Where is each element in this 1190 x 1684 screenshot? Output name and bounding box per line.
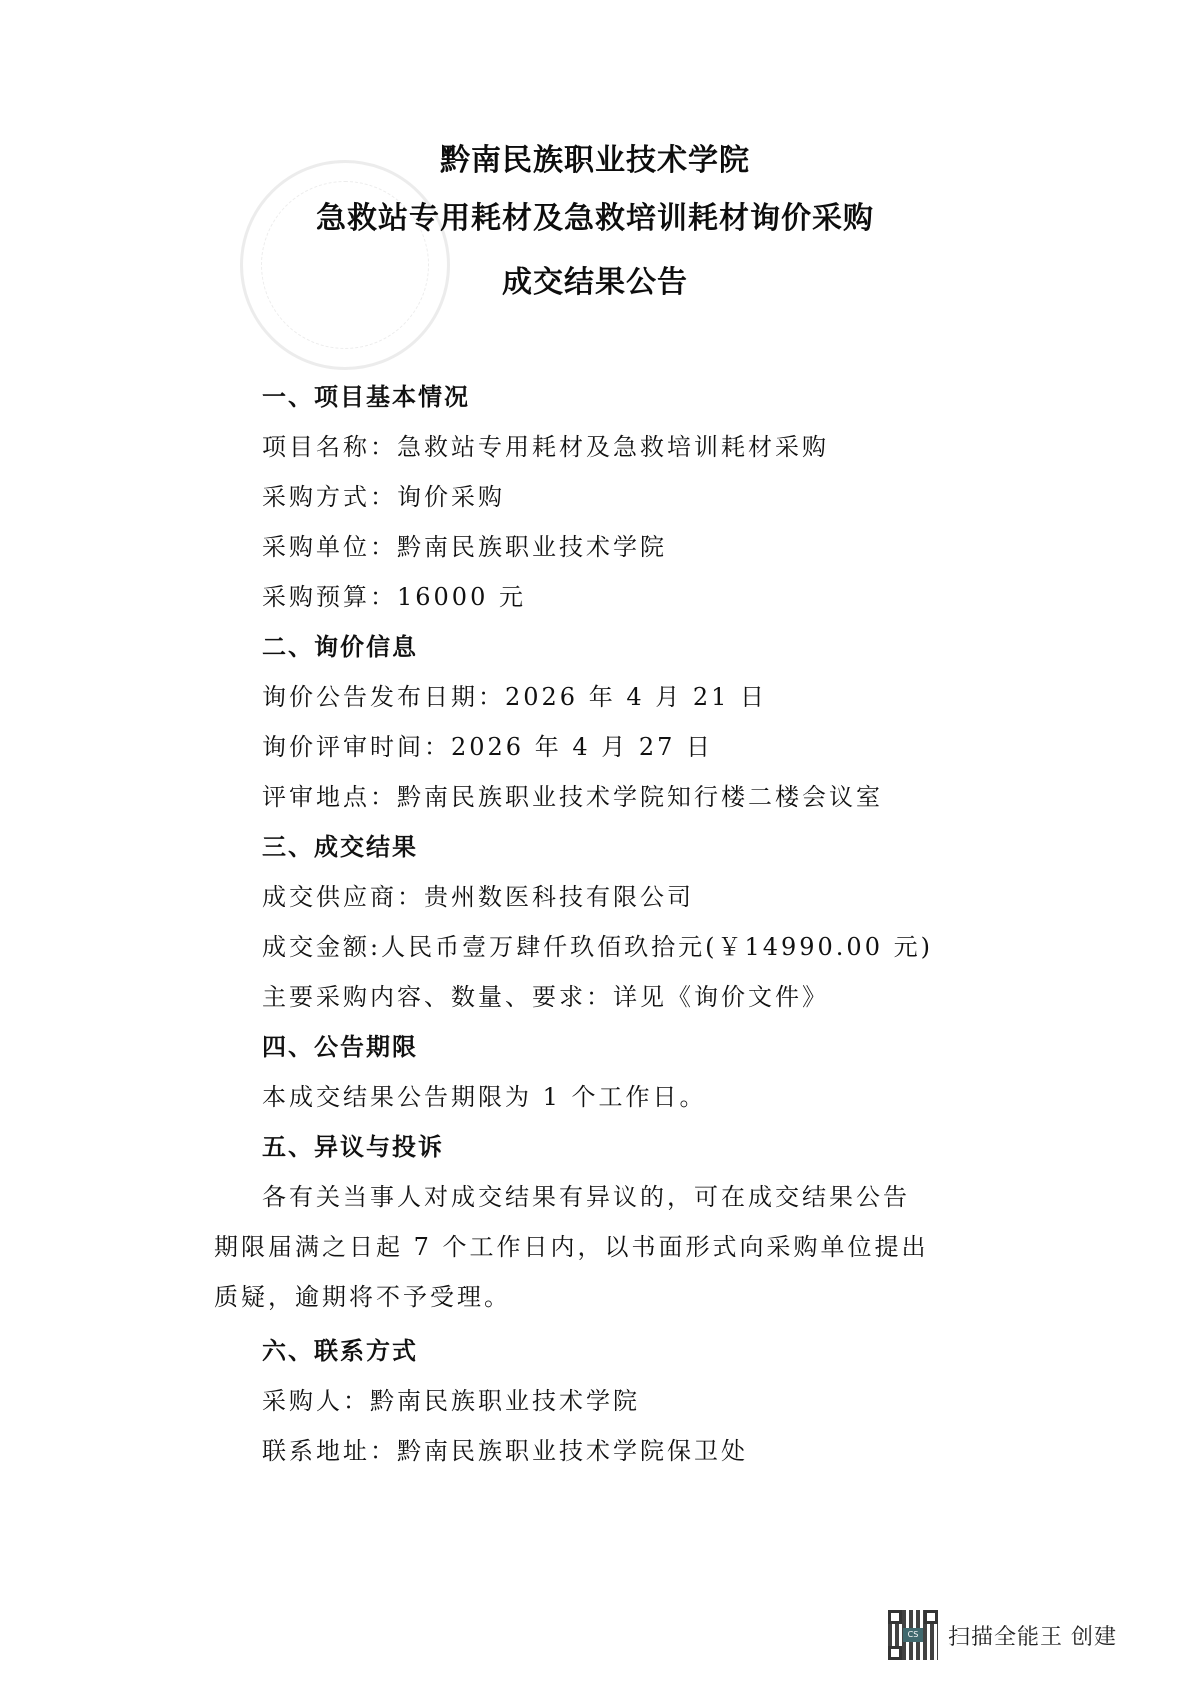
field-amount: 成交金额:人民币壹万肆仟玖佰玖拾元(￥14990.00 元) — [262, 922, 1002, 972]
section-heading-objection: 五、异议与投诉 — [262, 1122, 1002, 1172]
field-review-location: 评审地点：黔南民族职业技术学院知行楼二楼会议室 — [262, 772, 1002, 822]
objection-paragraph: 各有关当事人对成交结果有异议的，可在成交结果公告 期限届满之日起 7 个工作日内… — [262, 1172, 982, 1322]
camscanner-logo-icon: CS — [903, 1628, 923, 1642]
section-heading-contact: 六、联系方式 — [262, 1326, 1002, 1376]
field-period: 本成交结果公告期限为 1 个工作日。 — [262, 1072, 1002, 1122]
qr-finder-bottom-left — [888, 1646, 902, 1660]
qr-finder-top-left — [888, 1610, 902, 1624]
document-page: 黔南民族职业技术学院 急救站专用耗材及急救培训耗材询价采购 成交结果公告 一、项… — [0, 0, 1190, 1684]
field-requirements: 主要采购内容、数量、要求：详见《询价文件》 — [262, 972, 1002, 1022]
field-budget: 采购预算：16000 元 — [262, 572, 1002, 622]
objection-line-3: 质疑，逾期将不予受理。 — [214, 1272, 982, 1322]
title-project: 急救站专用耗材及急救培训耗材询价采购 — [0, 187, 1190, 251]
field-review-date: 询价评审时间：2026 年 4 月 27 日 — [262, 722, 1002, 772]
field-purchaser: 采购人：黔南民族职业技术学院 — [262, 1376, 1002, 1426]
watermark-text: 扫描全能王 创建 — [948, 1620, 1117, 1651]
qr-code-icon: CS — [888, 1610, 938, 1660]
field-publish-date: 询价公告发布日期：2026 年 4 月 21 日 — [262, 672, 1002, 722]
title-institution: 黔南民族职业技术学院 — [0, 135, 1190, 187]
section-heading-inquiry-info: 二、询价信息 — [262, 622, 1002, 672]
qr-finder-top-right — [924, 1610, 938, 1624]
document-body: 一、项目基本情况 项目名称：急救站专用耗材及急救培训耗材采购 采购方式：询价采购… — [262, 372, 1002, 1476]
field-contact-address: 联系地址：黔南民族职业技术学院保卫处 — [262, 1426, 1002, 1476]
section-heading-result: 三、成交结果 — [262, 822, 1002, 872]
section-heading-announcement-period: 四、公告期限 — [262, 1022, 1002, 1072]
field-supplier: 成交供应商：贵州数医科技有限公司 — [262, 872, 1002, 922]
field-procurement-method: 采购方式：询价采购 — [262, 472, 1002, 522]
title-announcement: 成交结果公告 — [0, 251, 1190, 315]
objection-line-2: 期限届满之日起 7 个工作日内，以书面形式向采购单位提出 — [214, 1222, 982, 1272]
document-title: 黔南民族职业技术学院 急救站专用耗材及急救培训耗材询价采购 成交结果公告 — [0, 135, 1190, 315]
field-project-name: 项目名称：急救站专用耗材及急救培训耗材采购 — [262, 422, 1002, 472]
field-procuring-unit: 采购单位：黔南民族职业技术学院 — [262, 522, 1002, 572]
section-heading-basic-info: 一、项目基本情况 — [262, 372, 1002, 422]
scanner-watermark: CS 扫描全能王 创建 — [888, 1610, 1117, 1660]
objection-line-1: 各有关当事人对成交结果有异议的，可在成交结果公告 — [262, 1172, 982, 1222]
